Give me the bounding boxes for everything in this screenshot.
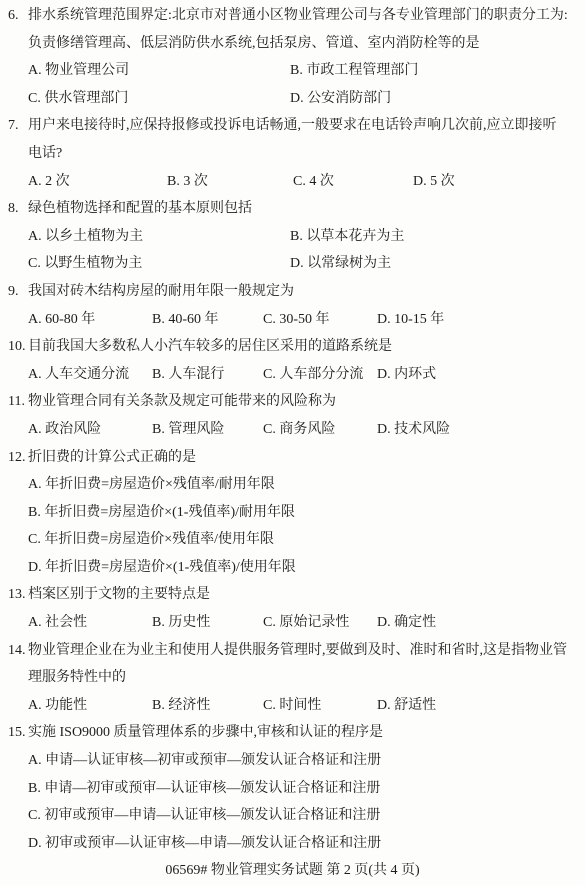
option-d: D. 舒适性: [377, 692, 585, 720]
option-c: C. 30-50 年: [263, 306, 377, 334]
options-question-10: A. 人车交通分流 B. 人车混行 C. 人车部分分流 D. 内环式: [28, 361, 585, 389]
option-b: B. 申请—初审或预审—认证审核—颁发认证合格证和注册: [28, 775, 585, 803]
question-number: 11.: [8, 388, 25, 416]
question-number: 9.: [8, 278, 19, 306]
options-question-7: A. 2 次 B. 3 次 C. 4 次 D. 5 次: [28, 168, 585, 196]
option-a: A. 政治风险: [28, 416, 152, 444]
question-text-line: 档案区别于文物的主要特点是: [28, 581, 585, 609]
option-a: A. 功能性: [28, 692, 152, 720]
question-7: 7. 用户来电接待时,应保持报修或投诉电话畅通,一般要求在电话铃声响几次前,应立…: [0, 112, 585, 195]
option-b: B. 以草本花卉为主: [290, 223, 585, 251]
option-d: D. 确定性: [377, 609, 585, 637]
option-a: A. 2 次: [28, 168, 167, 196]
option-d: D. 技术风险: [377, 416, 585, 444]
option-c: C. 初审或预审—申请—认证审核—颁发认证合格证和注册: [28, 802, 585, 830]
options-question-11: A. 政治风险 B. 管理风险 C. 商务风险 D. 技术风险: [28, 416, 585, 444]
option-b: B. 市政工程管理部门: [290, 57, 585, 85]
question-number: 6.: [8, 2, 19, 30]
option-a: A. 年折旧费=房屋造价×残值率/耐用年限: [28, 471, 585, 499]
option-b: B. 经济性: [152, 692, 263, 720]
option-d: D. 10-15 年: [377, 306, 585, 334]
question-text-line: 物业管理合同有关条款及规定可能带来的风险称为: [28, 388, 585, 416]
option-c: C. 时间性: [263, 692, 377, 720]
question-text-line: 实施 ISO9000 质量管理体系的步骤中,审核和认证的程序是: [28, 719, 585, 747]
question-number: 13.: [8, 581, 26, 609]
option-b: B. 年折旧费=房屋造价×(1-残值率)/耐用年限: [28, 499, 585, 527]
options-question-13: A. 社会性 B. 历史性 C. 原始记录性 D. 确定性: [28, 609, 585, 637]
options-question-12: A. 年折旧费=房屋造价×残值率/耐用年限 B. 年折旧费=房屋造价×(1-残值…: [28, 471, 585, 581]
question-text-line: 折旧费的计算公式正确的是: [28, 444, 585, 472]
option-c: C. 4 次: [293, 168, 413, 196]
question-9: 9. 我国对砖木结构房屋的耐用年限一般规定为 A. 60-80 年 B. 40-…: [0, 278, 585, 333]
option-c: C. 年折旧费=房屋造价×残值率/使用年限: [28, 526, 585, 554]
question-text-line: 绿色植物选择和配置的基本原则包括: [28, 195, 585, 223]
option-b: B. 历史性: [152, 609, 263, 637]
option-b: B. 管理风险: [152, 416, 263, 444]
question-text-line: 我国对砖木结构房屋的耐用年限一般规定为: [28, 278, 585, 306]
question-text-line: 理服务特性中的: [28, 664, 585, 692]
question-number: 8.: [8, 195, 19, 223]
question-6: 6. 排水系统管理范围界定:北京市对普通小区物业管理公司与各专业管理部门的职责分…: [0, 2, 585, 112]
question-text-line: 目前我国大多数私人小汽车较多的居住区采用的道路系统是: [28, 333, 585, 361]
question-number: 15.: [8, 719, 26, 747]
option-c: C. 人车部分分流: [263, 361, 377, 389]
option-c: C. 以野生植物为主: [28, 250, 290, 278]
option-d: D. 5 次: [413, 168, 585, 196]
option-d: D. 年折旧费=房屋造价×(1-残值率)/使用年限: [28, 554, 585, 582]
question-number: 12.: [8, 444, 26, 472]
question-12: 12. 折旧费的计算公式正确的是 A. 年折旧费=房屋造价×残值率/耐用年限 B…: [0, 444, 585, 582]
question-14: 14. 物业管理企业在为业主和使用人提供服务管理时,要做到及时、准时和省时,这是…: [0, 637, 585, 720]
exam-page: { "page": { "paper_color": "#fdfdfc", "i…: [0, 0, 585, 885]
option-a: A. 社会性: [28, 609, 152, 637]
option-d: D. 以常绿树为主: [290, 250, 585, 278]
option-a: A. 物业管理公司: [28, 57, 290, 85]
question-text-line: 负责修缮管理高、低层消防供水系统,包括泵房、管道、室内消防栓等的是: [28, 30, 585, 58]
options-question-15: A. 申请—认证审核—初审或预审—颁发认证合格证和注册 B. 申请—初审或预审—…: [28, 747, 585, 857]
question-text-line: 用户来电接待时,应保持报修或投诉电话畅通,一般要求在电话铃声响几次前,应立即接听: [28, 112, 585, 140]
question-number: 14.: [8, 637, 26, 665]
question-10: 10. 目前我国大多数私人小汽车较多的居住区采用的道路系统是 A. 人车交通分流…: [0, 333, 585, 388]
option-d: D. 公安消防部门: [290, 85, 585, 113]
question-number: 10.: [8, 333, 26, 361]
option-c: C. 原始记录性: [263, 609, 377, 637]
question-13: 13. 档案区别于文物的主要特点是 A. 社会性 B. 历史性 C. 原始记录性…: [0, 581, 585, 636]
options-question-9: A. 60-80 年 B. 40-60 年 C. 30-50 年 D. 10-1…: [28, 306, 585, 334]
question-11: 11. 物业管理合同有关条款及规定可能带来的风险称为 A. 政治风险 B. 管理…: [0, 388, 585, 443]
question-text-line: 物业管理企业在为业主和使用人提供服务管理时,要做到及时、准时和省时,这是指物业管: [28, 637, 585, 665]
option-a: A. 60-80 年: [28, 306, 152, 334]
page-footer: 06569# 物业管理实务试题 第 2 页(共 4 页): [0, 857, 585, 885]
options-question-8: A. 以乡土植物为主 B. 以草本花卉为主 C. 以野生植物为主 D. 以常绿树…: [28, 223, 585, 278]
option-a: A. 申请—认证审核—初审或预审—颁发认证合格证和注册: [28, 747, 585, 775]
option-b: B. 人车混行: [152, 361, 263, 389]
question-text-line: 电话?: [28, 140, 585, 168]
options-question-14: A. 功能性 B. 经济性 C. 时间性 D. 舒适性: [28, 692, 585, 720]
option-a: A. 以乡土植物为主: [28, 223, 290, 251]
option-b: B. 3 次: [167, 168, 293, 196]
option-c: C. 商务风险: [263, 416, 377, 444]
question-15: 15. 实施 ISO9000 质量管理体系的步骤中,审核和认证的程序是 A. 申…: [0, 719, 585, 857]
options-question-6: A. 物业管理公司 B. 市政工程管理部门 C. 供水管理部门 D. 公安消防部…: [28, 57, 585, 112]
question-text-line: 排水系统管理范围界定:北京市对普通小区物业管理公司与各专业管理部门的职责分工为:: [28, 2, 585, 30]
question-number: 7.: [8, 112, 19, 140]
option-d: D. 初审或预审—认证审核—申请—颁发认证合格证和注册: [28, 830, 585, 858]
option-a: A. 人车交通分流: [28, 361, 152, 389]
option-b: B. 40-60 年: [152, 306, 263, 334]
question-8: 8. 绿色植物选择和配置的基本原则包括 A. 以乡土植物为主 B. 以草本花卉为…: [0, 195, 585, 278]
option-d: D. 内环式: [377, 361, 585, 389]
option-c: C. 供水管理部门: [28, 85, 290, 113]
